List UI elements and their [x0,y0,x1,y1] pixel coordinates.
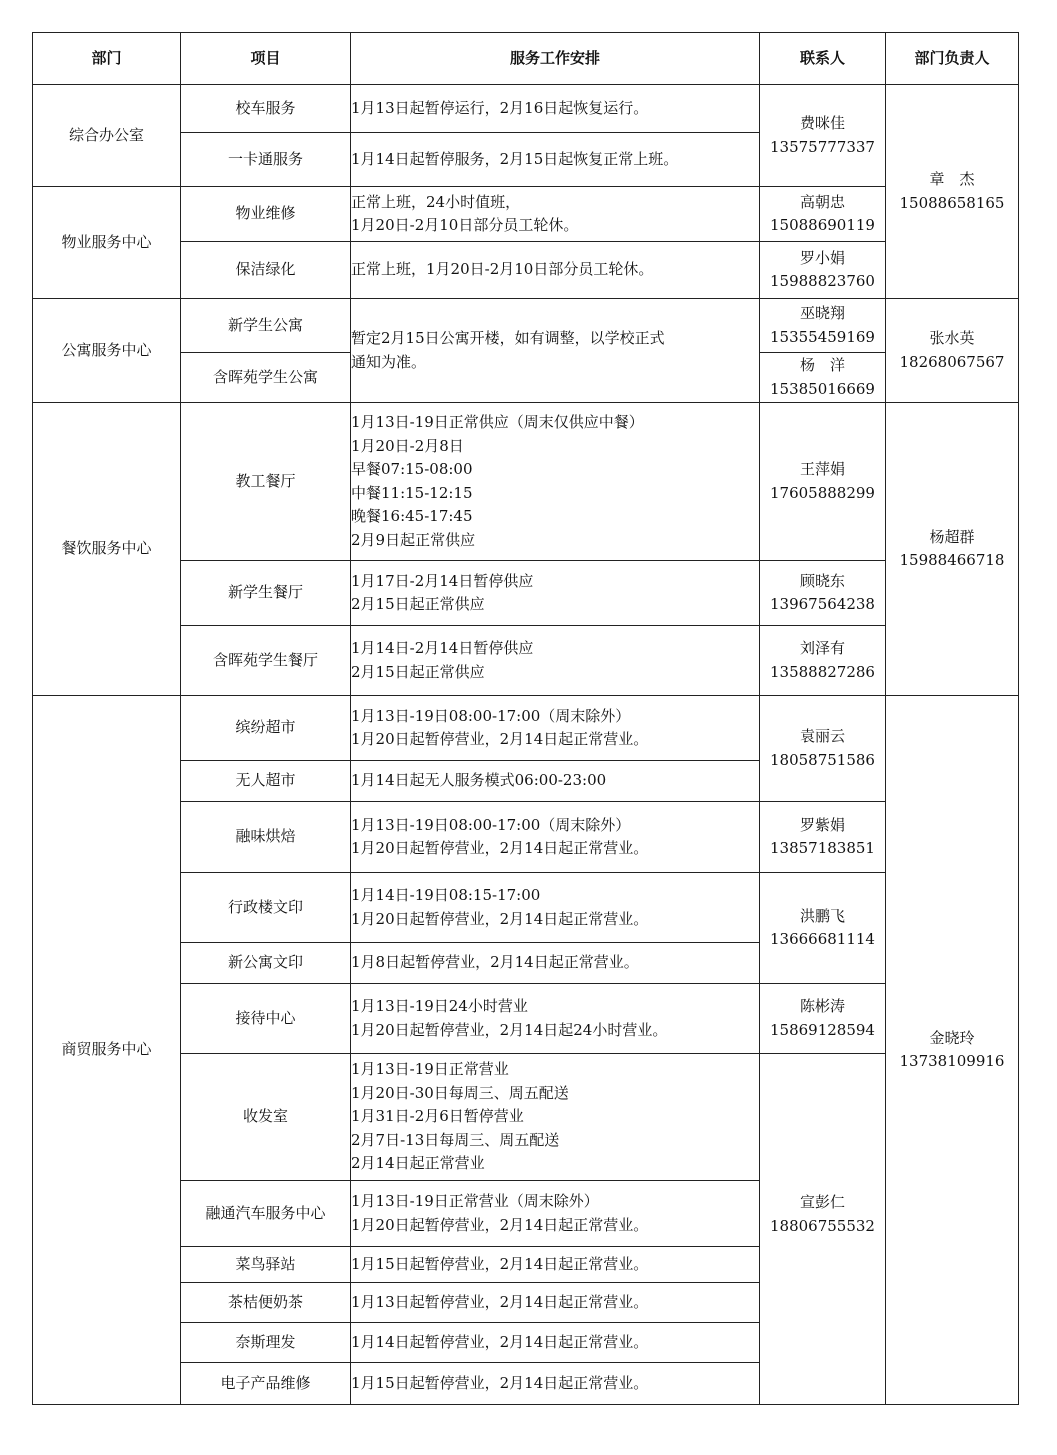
service-schedule-table: 部门 项目 服务工作安排 联系人 部门负责人 综合办公室 校车服务 1月13日起… [32,32,1019,1405]
table-row: 保洁绿化 正常上班，1月20日-2月10日部分员工轮休。 罗小娟15988823… [33,242,1019,299]
department-cell: 物业服务中心 [33,187,181,299]
arrangement-cell: 1月15日起暂停营业，2月14日起正常营业。 [351,1247,760,1283]
item-cell: 缤纷超市 [181,696,351,761]
arrangement-cell: 1月13日起暂停营业，2月14日起正常营业。 [351,1283,760,1323]
contact-cell: 洪鹏飞13666681114 [760,873,886,984]
department-head-cell: 张水英18268067567 [886,299,1019,403]
item-cell: 融味烘焙 [181,802,351,873]
item-cell: 教工餐厅 [181,403,351,561]
contact-cell: 刘泽有13588827286 [760,626,886,696]
department-head-cell: 章 杰15088658165 [886,85,1019,299]
item-cell: 一卡通服务 [181,133,351,187]
item-cell: 保洁绿化 [181,242,351,299]
item-cell: 茶桔便奶茶 [181,1283,351,1323]
department-cell: 餐饮服务中心 [33,403,181,696]
arrangement-cell: 1月13日-19日正常营业（周末除外）1月20日起暂停营业，2月14日起正常营业… [351,1181,760,1247]
contact-cell: 宣彭仁18806755532 [760,1054,886,1405]
arrangement-cell: 1月14日起暂停服务，2月15日起恢复正常上班。 [351,133,760,187]
department-cell: 公寓服务中心 [33,299,181,403]
arrangement-cell: 1月13日-19日08:00-17:00（周末除外）1月20日起暂停营业，2月1… [351,802,760,873]
header-contact: 联系人 [760,33,886,85]
item-cell: 新学生公寓 [181,299,351,353]
table-row: 餐饮服务中心 教工餐厅 1月13日-19日正常供应（周末仅供应中餐） 1月20日… [33,403,1019,561]
contact-cell: 费咪佳13575777337 [760,85,886,187]
header-item: 项目 [181,33,351,85]
item-cell: 物业维修 [181,187,351,242]
item-cell: 新学生餐厅 [181,561,351,626]
arrangement-cell: 1月13日-19日24小时营业1月20日起暂停营业，2月14日起24小时营业。 [351,984,760,1054]
arrangement-cell: 1月13日起暂停运行，2月16日起恢复运行。 [351,85,760,133]
contact-cell: 顾晓东13967564238 [760,561,886,626]
item-cell: 融通汽车服务中心 [181,1181,351,1247]
arrangement-cell: 1月17日-2月14日暂停供应2月15日起正常供应 [351,561,760,626]
table-row: 综合办公室 校车服务 1月13日起暂停运行，2月16日起恢复运行。 费咪佳135… [33,85,1019,133]
table-row: 收发室 1月13日-19日正常营业 1月20日-30日每周三、周五配送 1月31… [33,1054,1019,1181]
contact-cell: 罗小娟15988823760 [760,242,886,299]
table-row: 新学生餐厅 1月17日-2月14日暂停供应2月15日起正常供应 顾晓东13967… [33,561,1019,626]
arrangement-cell: 正常上班，1月20日-2月10日部分员工轮休。 [351,242,760,299]
contact-cell: 王萍娟17605888299 [760,403,886,561]
arrangement-cell: 1月13日-19日正常供应（周末仅供应中餐） 1月20日-2月8日 早餐07:1… [351,403,760,561]
table-row: 接待中心 1月13日-19日24小时营业1月20日起暂停营业，2月14日起24小… [33,984,1019,1054]
arrangement-cell: 1月13日-19日08:00-17:00（周末除外）1月20日起暂停营业，2月1… [351,696,760,761]
department-cell: 商贸服务中心 [33,696,181,1405]
item-cell: 校车服务 [181,85,351,133]
contact-cell: 袁丽云18058751586 [760,696,886,802]
item-cell: 行政楼文印 [181,873,351,943]
department-head-cell: 金晓玲13738109916 [886,696,1019,1405]
item-cell: 收发室 [181,1054,351,1181]
arrangement-cell: 正常上班，24小时值班，1月20日-2月10日部分员工轮休。 [351,187,760,242]
table-row: 行政楼文印 1月14日-19日08:15-17:001月20日起暂停营业，2月1… [33,873,1019,943]
arrangement-cell: 1月14日起暂停营业，2月14日起正常营业。 [351,1323,760,1363]
table-row: 含晖苑学生餐厅 1月14日-2月14日暂停供应2月15日起正常供应 刘泽有135… [33,626,1019,696]
item-cell: 含晖苑学生公寓 [181,353,351,403]
department-head-cell: 杨超群15988466718 [886,403,1019,696]
table-row: 融味烘焙 1月13日-19日08:00-17:00（周末除外）1月20日起暂停营… [33,802,1019,873]
arrangement-cell: 1月14日-2月14日暂停供应2月15日起正常供应 [351,626,760,696]
table-row: 物业服务中心 物业维修 正常上班，24小时值班，1月20日-2月10日部分员工轮… [33,187,1019,242]
arrangement-cell: 1月14日-19日08:15-17:001月20日起暂停营业，2月14日起正常营… [351,873,760,943]
department-cell: 综合办公室 [33,85,181,187]
item-cell: 电子产品维修 [181,1363,351,1405]
contact-cell: 陈彬涛15869128594 [760,984,886,1054]
item-cell: 菜鸟驿站 [181,1247,351,1283]
contact-cell: 杨 洋15385016669 [760,353,886,403]
table-row: 公寓服务中心 新学生公寓 暂定2月15日公寓开楼，如有调整，以学校正式通知为准。… [33,299,1019,353]
contact-cell: 罗紫娟13857183851 [760,802,886,873]
contact-cell: 高朝忠15088690119 [760,187,886,242]
header-department-head: 部门负责人 [886,33,1019,85]
item-cell: 奈斯理发 [181,1323,351,1363]
item-cell: 接待中心 [181,984,351,1054]
item-cell: 无人超市 [181,761,351,802]
item-cell: 新公寓文印 [181,943,351,984]
arrangement-cell: 1月15日起暂停营业，2月14日起正常营业。 [351,1363,760,1405]
contact-cell: 巫晓翔15355459169 [760,299,886,353]
table-row: 商贸服务中心 缤纷超市 1月13日-19日08:00-17:00（周末除外）1月… [33,696,1019,761]
table-header-row: 部门 项目 服务工作安排 联系人 部门负责人 [33,33,1019,85]
header-department: 部门 [33,33,181,85]
header-arrangement: 服务工作安排 [351,33,760,85]
arrangement-cell: 1月8日起暂停营业，2月14日起正常营业。 [351,943,760,984]
item-cell: 含晖苑学生餐厅 [181,626,351,696]
arrangement-cell: 暂定2月15日公寓开楼，如有调整，以学校正式通知为准。 [351,299,760,403]
arrangement-cell: 1月14日起无人服务模式06:00-23:00 [351,761,760,802]
arrangement-cell: 1月13日-19日正常营业 1月20日-30日每周三、周五配送 1月31日-2月… [351,1054,760,1181]
